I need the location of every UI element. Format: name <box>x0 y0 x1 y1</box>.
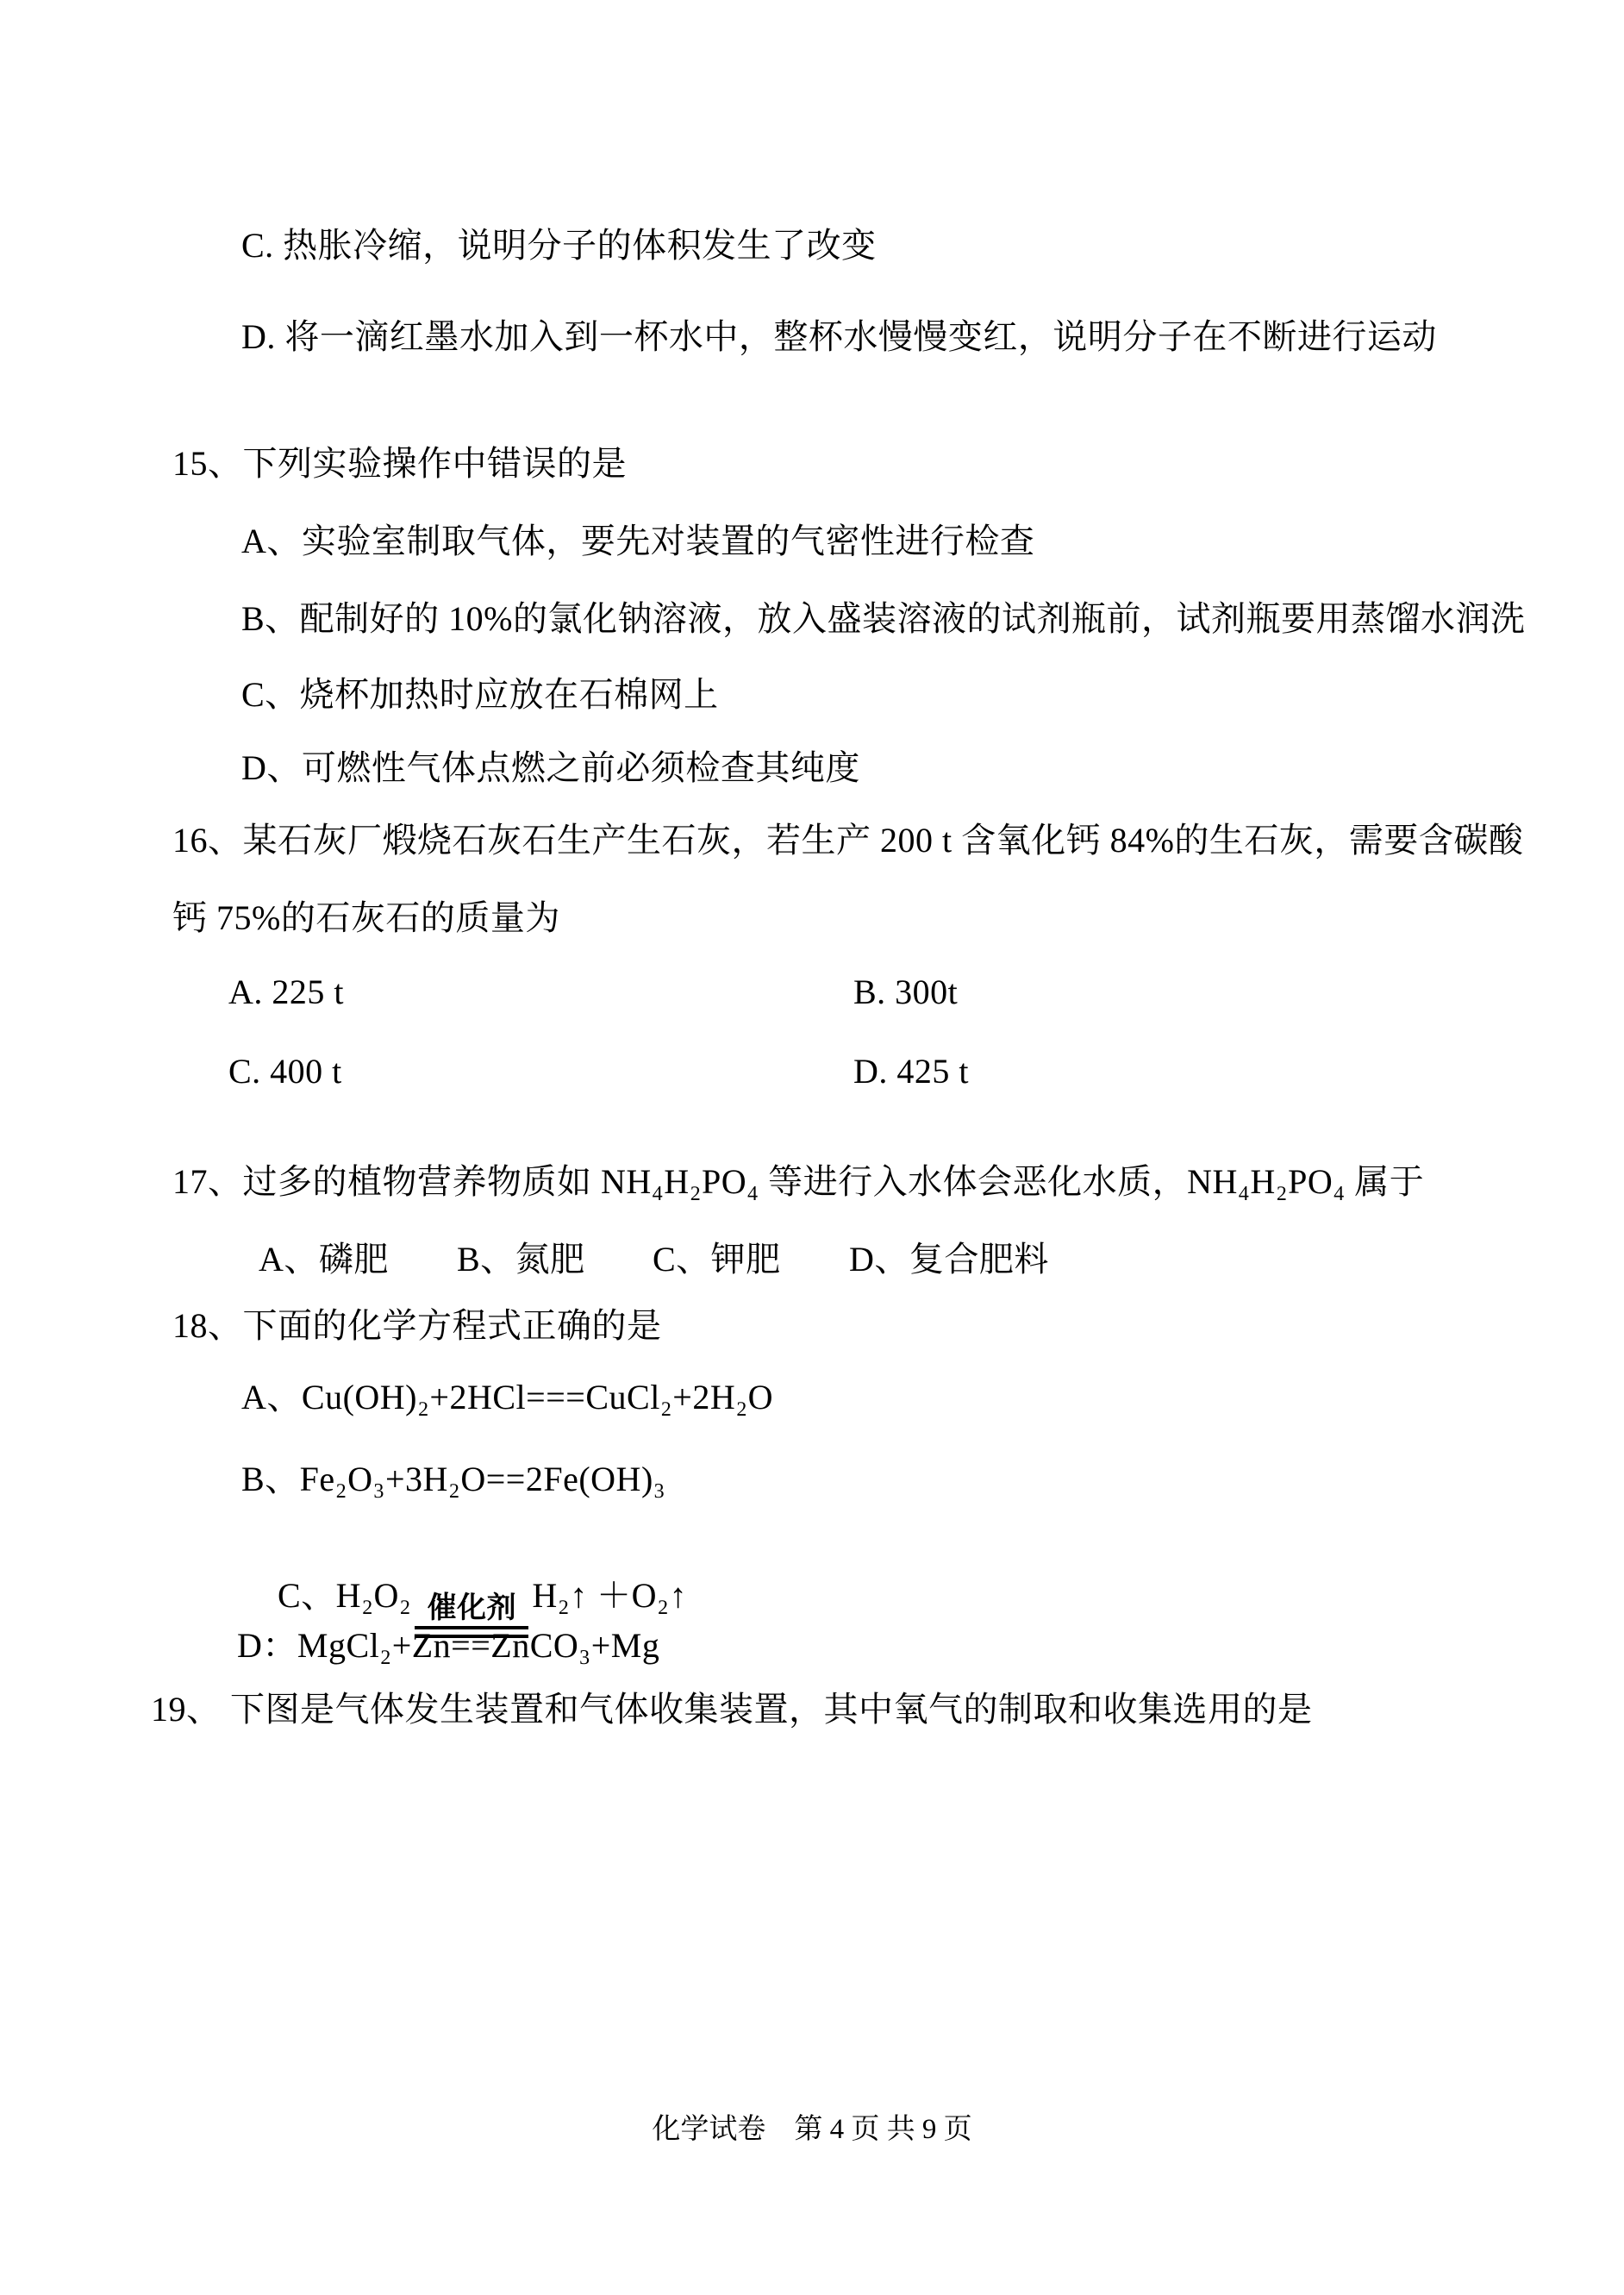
q15-option-c: C、烧杯加热时应放在石棉网上 <box>241 675 719 715</box>
q16-option-a: A. 225 t <box>228 972 344 1012</box>
q17-option-d: D、复合肥料 <box>849 1240 1049 1279</box>
q17-option-a: A、磷肥 <box>259 1240 389 1279</box>
q16-option-d: D. 425 t <box>853 1052 969 1091</box>
q18-option-c-reactant: C、H₂O₂ <box>278 1576 411 1615</box>
q16-option-b: B. 300t <box>853 972 958 1012</box>
q18-option-c-products: H₂↑ ＋O₂↑ <box>532 1576 687 1615</box>
q18-option-b: B、Fe₂O₃+3H₂O==2Fe(OH)₃ <box>241 1460 665 1499</box>
catalyst-label: 催化剂 <box>428 1593 517 1624</box>
q14-option-d: D. 将一滴红墨水加入到一杯水中，整杯水慢慢变红，说明分子在不断进行运动 <box>241 317 1437 357</box>
q16-stem-line2: 钙 75%的石灰石的质量为 <box>172 898 560 938</box>
q18-option-a: A、Cu(OH)₂+2HCl===CuCl₂+2H₂O <box>241 1378 773 1417</box>
exam-page: C. 热胀冷缩，说明分子的体积发生了改变 D. 将一滴红墨水加入到一杯水中，整杯… <box>0 0 1624 2295</box>
q17-option-c: C、钾肥 <box>653 1240 781 1279</box>
q14-option-c: C. 热胀冷缩，说明分子的体积发生了改变 <box>241 226 877 266</box>
q17-option-b: B、氮肥 <box>457 1240 585 1279</box>
q15-stem: 15、下列实验操作中错误的是 <box>172 444 627 484</box>
page-footer: 化学试卷 第 4 页 共 9 页 <box>0 2106 1624 2147</box>
q15-option-d: D、可燃性气体点燃之前必须检查其纯度 <box>241 748 860 788</box>
q15-option-a: A、实验室制取气体，要先对装置的气密性进行检查 <box>241 522 1034 561</box>
q19-stem: 19、 下图是气体发生装置和气体收集装置，其中氧气的制取和收集选用的是 <box>151 1690 1313 1729</box>
q15-option-b: B、配制好的 10%的氯化钠溶液，放入盛装溶液的试剂瓶前，试剂瓶要用蒸馏水润洗 <box>241 599 1526 639</box>
q18-option-d: D：MgCl₂+Zn==ZnCO₃+Mg <box>237 1626 659 1666</box>
q17-stem: 17、过多的植物营养物质如 NH₄H₂PO₄ 等进行入水体会恶化水质，NH₄H₂… <box>172 1162 1424 1202</box>
q16-option-c: C. 400 t <box>228 1052 342 1091</box>
q18-stem: 18、下面的化学方程式正确的是 <box>172 1306 662 1346</box>
q16-stem-line1: 16、某石灰厂煅烧石灰石生产生石灰，若生产 200 t 含氧化钙 84%的生石灰… <box>172 821 1523 860</box>
